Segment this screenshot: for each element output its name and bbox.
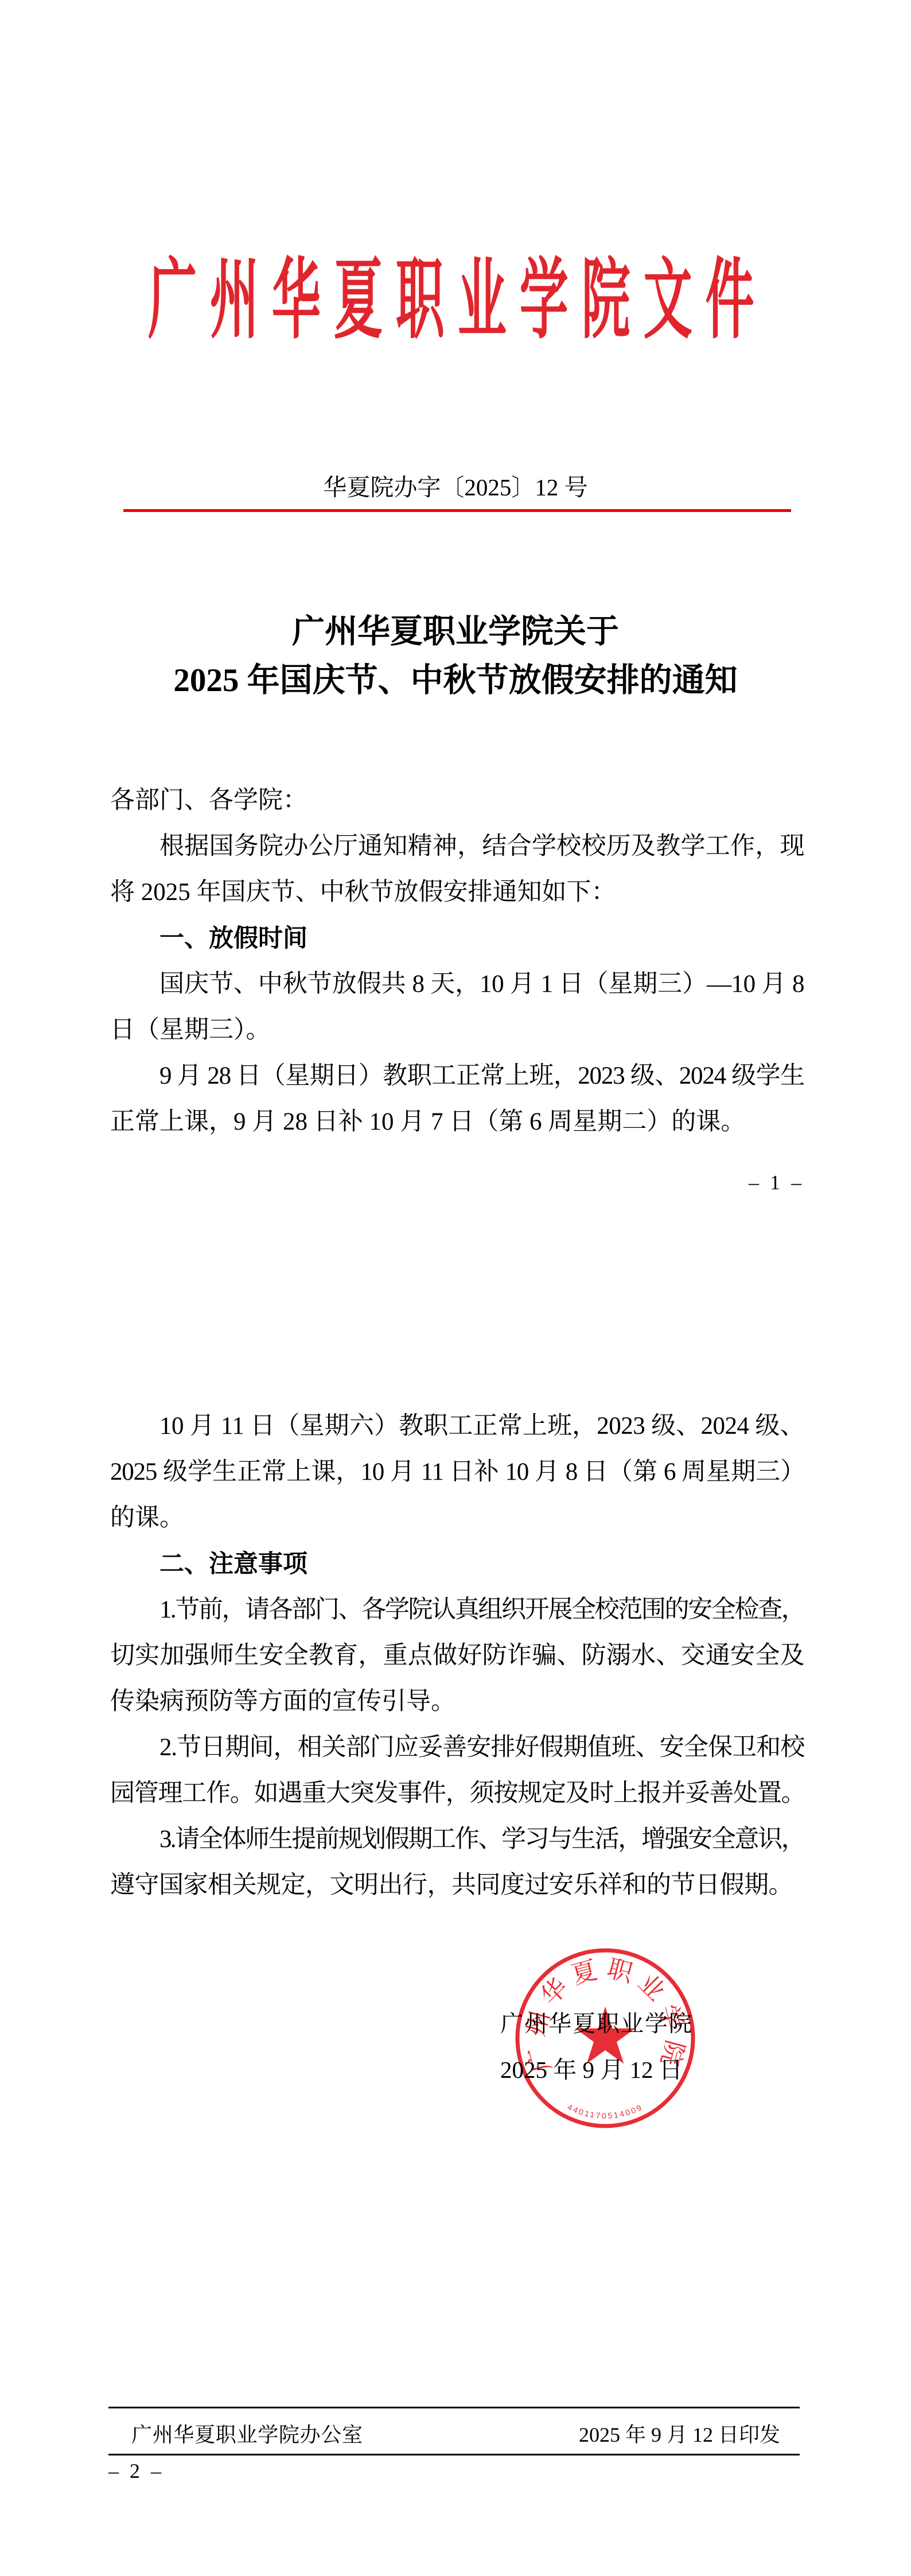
paragraph-line: 传染病预防等方面的宣传引导。 <box>110 1679 804 1725</box>
official-seal: 广州华夏职业学院 4401170514009 <box>511 1943 700 2133</box>
footer-issuing-office: 广州华夏职业学院办公室 <box>131 2420 363 2449</box>
notice-title-line-2: 2025 年国庆节、中秋节放假安排的通知 <box>0 656 911 705</box>
seal-code-arc: 4401170514009 <box>566 2102 645 2120</box>
paragraph-line: 切实加强师生安全教育，重点做好防诈骗、防溺水、交通安全及 <box>110 1633 804 1679</box>
paragraph-line: 国庆节、中秋节放假共 8 天，10 月 1 日（星期三）—10 月 8 <box>110 961 804 1007</box>
paragraph-line: 2.节日期间，相关部门应妥善安排好假期值班、安全保卫和校 <box>110 1725 804 1771</box>
star-icon <box>575 2007 636 2064</box>
footer-bottom-rule <box>108 2454 800 2455</box>
precaution-item-1: 1.节前，请各部门、各学院认真组织开展全校范围的安全检查， 切实加强师生安全教育… <box>110 1587 804 1725</box>
red-divider-line <box>123 509 791 512</box>
paragraph-line: 3.请全体师生提前规划假期工作、学习与生活，增强安全意识， <box>110 1817 804 1863</box>
masthead-title: 广州华夏职业学院文件 <box>148 257 768 345</box>
document-page-2: 10 月 11 日（星期六）教职工正常上班，2023 级、2024 级、 202… <box>0 1288 911 2576</box>
section-heading-precautions: 二、注意事项 <box>110 1541 804 1587</box>
document-number: 华夏院办字〔2025〕12 号 <box>0 473 911 502</box>
precaution-item-2: 2.节日期间，相关部门应妥善安排好假期值班、安全保卫和校 园管理工作。如遇重大突… <box>110 1725 804 1817</box>
paragraph-line: 日（星期三）。 <box>110 1007 804 1053</box>
paragraph-makeup-day-sep-28: 9 月 28 日（星期日）教职工正常上班，2023 级、2024 级学生 正常上… <box>110 1053 804 1145</box>
section-heading-holiday-period: 一、放假时间 <box>110 915 804 961</box>
paragraph-line: 1.节前，请各部门、各学院认真组织开展全校范围的安全检查， <box>110 1587 804 1633</box>
document-page-1: 广州华夏职业学院文件 华夏院办字〔2025〕12 号 广州华夏职业学院关于 20… <box>0 0 911 1288</box>
page-number-1: – 1 – <box>749 1171 801 1194</box>
paragraph-holiday-dates: 国庆节、中秋节放假共 8 天，10 月 1 日（星期三）—10 月 8 日（星期… <box>110 961 804 1053</box>
intro-paragraph: 根据国务院办公厅通知精神，结合学校校历及教学工作，现 将 2025 年国庆节、中… <box>110 824 804 915</box>
salutation: 各部门、各学院： <box>110 778 804 824</box>
document-body-page-2: 10 月 11 日（星期六）教职工正常上班，2023 级、2024 级、 202… <box>110 1403 804 1908</box>
seal-code-text: 4401170514009 <box>566 2102 645 2120</box>
paragraph-line: 根据国务院办公厅通知精神，结合学校校历及教学工作，现 <box>110 824 804 870</box>
paragraph-line: 将 2025 年国庆节、中秋节放假安排通知如下： <box>110 870 804 915</box>
footer-print-date: 2025 年 9 月 12 日印发 <box>579 2420 780 2449</box>
paragraph-line: 正常上课，9 月 28 日补 10 月 7 日（第 6 周星期二）的课。 <box>110 1099 804 1145</box>
paragraph-makeup-day-oct-11: 10 月 11 日（星期六）教职工正常上班，2023 级、2024 级、 202… <box>110 1403 804 1541</box>
paragraph-line: 9 月 28 日（星期日）教职工正常上班，2023 级、2024 级学生 <box>110 1053 804 1099</box>
paragraph-line: 2025 级学生正常上课，10 月 11 日补 10 月 8 日（第 6 周星期… <box>110 1449 804 1495</box>
precaution-item-3: 3.请全体师生提前规划假期工作、学习与生活，增强安全意识， 遵守国家相关规定，文… <box>110 1817 804 1908</box>
document-body-page-1: 各部门、各学院： 根据国务院办公厅通知精神，结合学校校历及教学工作，现 将 20… <box>110 778 804 1145</box>
paragraph-line: 遵守国家相关规定，文明出行，共同度过安乐祥和的节日假期。 <box>110 1863 804 1908</box>
paragraph-line: 的课。 <box>110 1495 804 1541</box>
page-number-2: – 2 – <box>108 2459 161 2482</box>
paragraph-line: 园管理工作。如遇重大突发事件，须按规定及时上报并妥善处置。 <box>110 1771 804 1817</box>
paragraph-line: 10 月 11 日（星期六）教职工正常上班，2023 级、2024 级、 <box>110 1403 804 1449</box>
footer-top-rule <box>108 2407 800 2408</box>
notice-title-line-1: 广州华夏职业学院关于 <box>0 607 911 656</box>
